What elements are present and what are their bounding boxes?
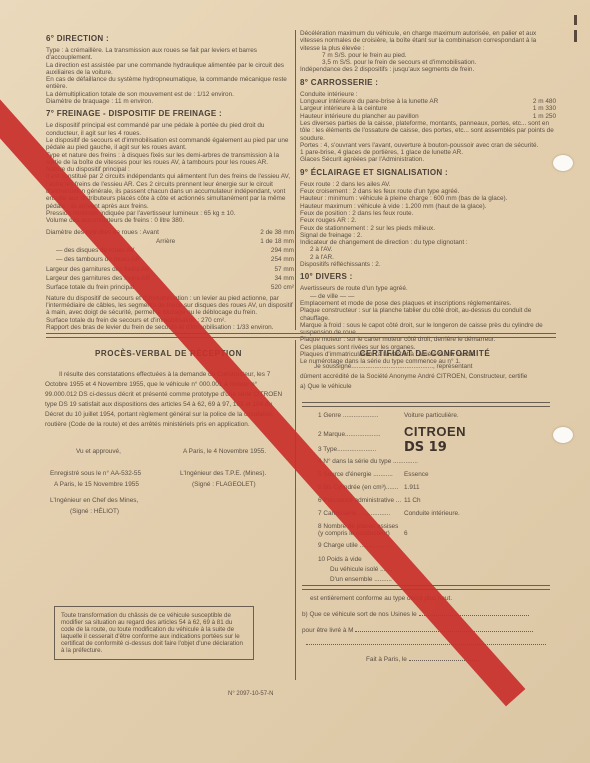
ingenieur-title: L'Ingénieur des T.P.E. (Mines).	[180, 468, 266, 479]
spec-row: Largeur des garnitures des freins AV57 m…	[46, 266, 294, 273]
paragraph: Nature du dispositif principal :	[46, 166, 294, 173]
paragraph: Le dispositif principal est commandé par…	[46, 122, 294, 137]
paragraph: Portes : 4, s'ouvrant vers l'avant, ouve…	[300, 142, 556, 149]
paragraph: dûment accrédité de la Société Anonyme A…	[300, 372, 550, 382]
paragraph: Les diverses parties de la caisse, plate…	[300, 120, 556, 142]
paragraph: 1 pare-brise, 4 glaces de portières, 1 g…	[300, 149, 556, 156]
blank-line	[306, 640, 546, 647]
notice-text: Toute transformation du châssis de ce vé…	[61, 612, 243, 654]
paragraph: Décélération maximum du véhicule, en cha…	[300, 30, 556, 52]
vu-approuve: Vu et approuvé,	[76, 446, 121, 457]
left-column: 6° DIRECTION : Type : à crémaillère. La …	[46, 30, 294, 331]
spec-row: Hauteur intérieure du plancher au pavill…	[300, 113, 556, 120]
paragraph: Signal de freinage : 2.	[300, 232, 556, 239]
paragraph: Plaque constructeur : sur la planche tab…	[300, 307, 556, 322]
column-divider	[295, 30, 296, 330]
cert-item-numero: 4 N° dans la série du type .............…	[318, 458, 418, 465]
paragraph: Feux rouges AR : 2.	[300, 217, 556, 224]
section-heading-divers: 10° DIVERS :	[300, 272, 556, 282]
paragraph: — de ville — —	[300, 293, 556, 300]
paragraph: Diamètre de braquage : 11 m environ.	[46, 98, 294, 105]
section-heading-eclairage: 9° ÉCLAIRAGE ET SIGNALISATION :	[300, 168, 556, 178]
enregistrement: Enregistré sous le n° AA-532-55	[50, 468, 141, 479]
cert-item-poids: 10 Poids à vide	[318, 556, 362, 563]
punch-hole	[553, 155, 573, 171]
paragraph: Hauteur : minimum : véhicule à pleine ch…	[300, 195, 556, 202]
paragraph: Conduite intérieure :	[300, 91, 556, 98]
paragraph: Avertisseurs de route d'un type agréé.	[300, 285, 556, 292]
spec-row: Longueur intérieure du pare-brise à la l…	[300, 98, 556, 105]
proces-verbal-title: PROCÈS-VERBAL DE RÉCEPTION	[46, 349, 291, 358]
paragraph: Indicateur de changement de direction : …	[300, 239, 556, 246]
cert-item-marque: 2 Marque....................CITROEN	[318, 424, 466, 439]
paragraph: Indépendance des 2 dispositifs : jusqu'a…	[300, 66, 556, 73]
certificat-divider	[302, 402, 550, 407]
staple-mark	[574, 15, 577, 25]
paragraph: Type et nature des freins : à disques fi…	[46, 152, 294, 167]
paragraph: Feux de stationnement : 2 sur les pieds …	[300, 225, 556, 232]
notice-box: Toute transformation du châssis de ce vé…	[54, 606, 254, 660]
column-divider	[295, 340, 296, 680]
section-heading-carrosserie: 8° CARROSSERIE :	[300, 78, 556, 88]
paragraph: Feux croisement : 2 dans les feux route …	[300, 188, 556, 195]
paragraph: Feux de position : 2 dans les feux route…	[300, 210, 556, 217]
paragraph: La direction est assistée par une comman…	[46, 62, 294, 77]
paragraph: En cas de défaillance du système hydropn…	[46, 76, 294, 91]
paragraph: Glaces Sécurit agréées par l'Administrat…	[300, 156, 556, 163]
cert-item-type: 3 Type......................DS 19	[318, 440, 447, 455]
date-approval: A Paris, le 4 Novembre 1955.	[183, 446, 266, 457]
chef-title: L'Ingénieur en Chef des Mines,	[50, 495, 138, 506]
staple-mark	[574, 30, 577, 42]
cert-item-genre: 1 Genre ....................Voiture part…	[318, 412, 459, 419]
ingenieur-signature: (Signé : FLAGEOLET)	[192, 479, 256, 490]
paragraph: Emplacement et mode de pose des plaques …	[300, 300, 556, 307]
soussigne-line: Je soussigné............................…	[300, 362, 550, 372]
paragraph: 3,5 m S/S. pour le frein de secours et d…	[300, 59, 556, 66]
sortie-usine-line: b) Que ce véhicule sort de nos Usines le	[302, 611, 529, 618]
section-heading-direction: 6° DIRECTION :	[46, 34, 294, 44]
punch-hole	[553, 427, 573, 443]
enregistrement-date: A Paris, le 15 Novembre 1955	[54, 479, 139, 490]
paragraph: Dispositifs réfléchissants : 2.	[300, 261, 556, 268]
spec-row: Arrière1 de 18 mm	[46, 238, 294, 245]
cert-item-poids-ensemble: D'un ensemble ..........	[330, 576, 392, 583]
spec-row: — des disques de roues AV294 mm	[46, 247, 294, 254]
paragraph: 2 à l'AR.	[300, 254, 556, 261]
section-divider	[46, 333, 556, 338]
right-column: Décélération maximum du véhicule, en cha…	[300, 30, 556, 366]
section-heading-freinage: 7° FREINAGE - DISPOSITIF DE FREINAGE :	[46, 109, 294, 119]
paragraph-a: a) Que le véhicule	[300, 382, 550, 392]
paragraph: Type : à crémaillère. La transmission au…	[46, 47, 294, 62]
paragraph: Hauteur maximum : véhicule à vide : 1.20…	[300, 203, 556, 210]
spec-row: Largeur des garnitures des freins AR34 m…	[46, 275, 294, 282]
paragraph: 7 m S/S. pour le frein au pied.	[300, 52, 556, 59]
chef-signature: (Signé : HÉLIOT)	[70, 506, 119, 517]
paragraph: Le dispositif de secours et d'immobilisa…	[46, 137, 294, 152]
document-reference: N° 2097-10-57-N	[228, 691, 273, 697]
livraison-line: pour être livré à M	[302, 627, 533, 634]
certificat-title: CERTIFICAT DE CONFORMITÉ	[300, 349, 550, 358]
spec-row: Largeur intérieure à la ceinture1 m 330	[300, 105, 556, 112]
spec-row: — des tambours de roues AR254 mm	[46, 256, 294, 263]
paragraph: La démultiplication totale de son mouvem…	[46, 91, 294, 98]
certificat-intro: Je soussigné............................…	[300, 362, 550, 392]
paragraph: Feux route : 2 dans les ailes AV.	[300, 181, 556, 188]
paragraph: 2 à l'AV.	[300, 246, 556, 253]
